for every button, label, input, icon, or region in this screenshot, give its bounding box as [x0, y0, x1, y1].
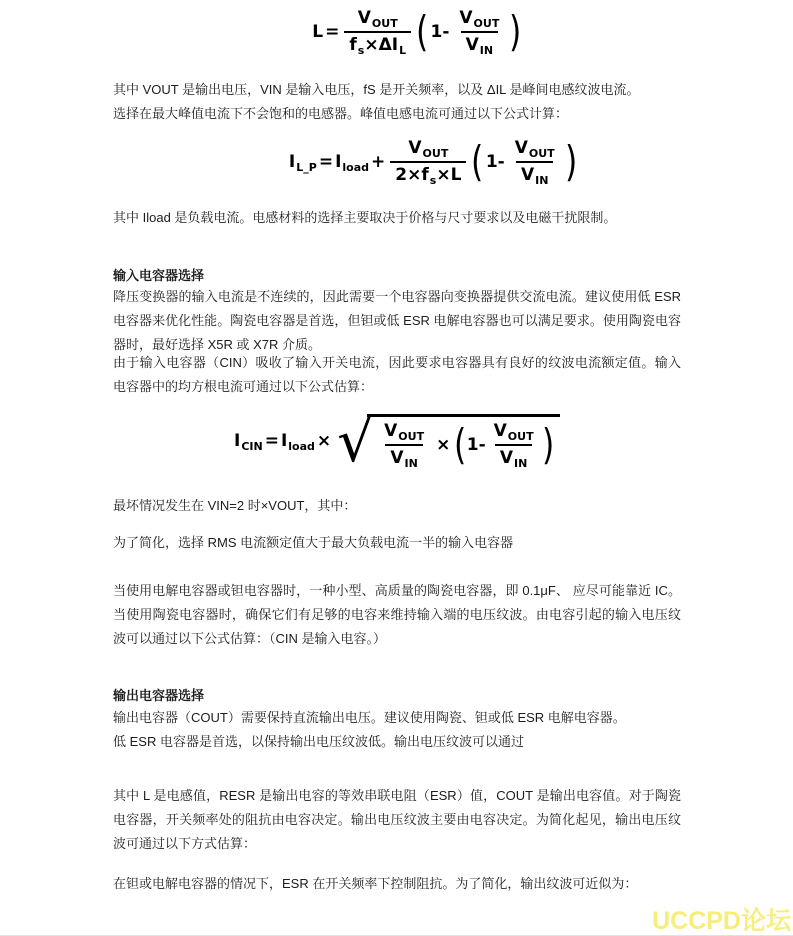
formula-input-cap-rms-current: ICIN=Iload× √ VOUT VIN × ( 1- VOUT VIN ): [113, 408, 681, 474]
fraction: VOUT VIN: [454, 8, 504, 56]
formula-inductance: L= VOUT fs×ΔIL ( 1- VOUT VIN ): [113, 6, 701, 58]
numerator: VOUT: [510, 138, 560, 161]
right-paren: ): [565, 141, 577, 183]
para-tantalum-esr: 在钽或电解电容器的情况下，ESR 在开关频率下控制阻抗。为了简化，输出纹波可近似…: [113, 872, 681, 896]
fraction: VOUT fs×ΔIL: [344, 8, 411, 56]
fraction: VOUT VIN: [510, 138, 560, 186]
formula-term: 1-: [430, 22, 449, 42]
formula-term: 1-: [486, 152, 505, 172]
radicand: VOUT VIN × ( 1- VOUT VIN ): [367, 414, 560, 469]
formula-term: 1-: [467, 435, 486, 455]
right-paren: ): [542, 424, 554, 466]
formula-term: Iload: [335, 152, 369, 173]
numerator: VOUT: [403, 138, 453, 161]
para-input-cap-cin: 由于输入电容器（CIN）吸收了输入开关电流，因此要求电容器具有良好的纹波电流额定…: [113, 351, 681, 399]
para-resr-definition: 其中 L 是电感值，RESR 是输出电容的等效串联电阻（ESR）值，COUT 是…: [113, 784, 681, 856]
numerator: VOUT: [379, 421, 429, 444]
para-inductor-saturation: 选择在最大峰值电流下不会饱和的电感器。峰值电感电流可通过以下公式计算：: [113, 102, 681, 126]
para-worst-case: 最坏情况发生在 VIN=2 时×VOUT，其中：: [113, 494, 681, 518]
para-iload-note: 其中 Iload 是负载电流。电感材料的选择主要取决于价格与尺寸要求以及电磁干扰…: [113, 206, 681, 230]
fraction: VOUT VIN: [489, 421, 539, 469]
formula-term: ×: [436, 435, 450, 455]
denominator: VIN: [461, 31, 498, 56]
formula-peak-inductor-current: IL_P=Iload+ VOUT 2×fs×L ( 1- VOUT VIN ): [113, 135, 717, 189]
denominator: VIN: [495, 444, 532, 469]
formula-term: =: [325, 22, 339, 42]
fraction: VOUT VIN: [379, 421, 429, 469]
para-rms-simplify: 为了简化，选择 RMS 电流额定值大于最大负载电流一半的输入电容器: [113, 531, 681, 555]
right-paren: ): [509, 11, 521, 53]
formula-term: =: [319, 152, 333, 172]
para-ceramic-bypass: 当使用电解电容器或钽电容器时，一种小型、高质量的陶瓷电容器，即 0.1μF、 应…: [113, 579, 681, 651]
denominator: VIN: [516, 161, 553, 186]
fraction: VOUT 2×fs×L: [390, 138, 466, 186]
formula-term: Iload: [281, 431, 315, 452]
heading-output-capacitor: 输出电容器选择: [113, 684, 681, 708]
document-page: L= VOUT fs×ΔIL ( 1- VOUT VIN ) 其中 VOUT 是…: [0, 0, 793, 936]
para-low-esr: 低 ESR 电容器是首选，以保持输出电压纹波低。输出电压纹波可以通过: [113, 730, 681, 754]
formula-term: ×: [317, 431, 331, 451]
denominator: 2×fs×L: [390, 161, 466, 186]
numerator: VOUT: [353, 8, 403, 31]
left-paren: (: [471, 141, 483, 183]
denominator: fs×ΔIL: [344, 31, 411, 56]
formula-term: +: [371, 152, 385, 172]
para-formula1-vars: 其中 VOUT 是输出电压，VIN 是输入电压，fS 是开关频率，以及 ΔIL …: [113, 78, 681, 102]
denominator: VIN: [385, 444, 422, 469]
formula-term: IL_P: [289, 152, 317, 173]
square-root: √ VOUT VIN × ( 1- VOUT VIN ): [337, 414, 560, 469]
left-paren: (: [454, 424, 466, 466]
para-output-cap-cout: 输出电容器（COUT）需要保持直流输出电压。建议使用陶瓷、钽或低 ESR 电解电…: [113, 706, 681, 730]
formula-term: L: [312, 22, 323, 42]
left-paren: (: [416, 11, 428, 53]
numerator: VOUT: [454, 8, 504, 31]
watermark: UCCPD论坛: [652, 901, 791, 936]
numerator: VOUT: [489, 421, 539, 444]
formula-term: ICIN: [234, 431, 263, 452]
para-input-cap-intro: 降压变换器的输入电流是不连续的，因此需要一个电容器向变换器提供交流电流。建议使用…: [113, 285, 681, 357]
formula-term: =: [265, 431, 279, 451]
